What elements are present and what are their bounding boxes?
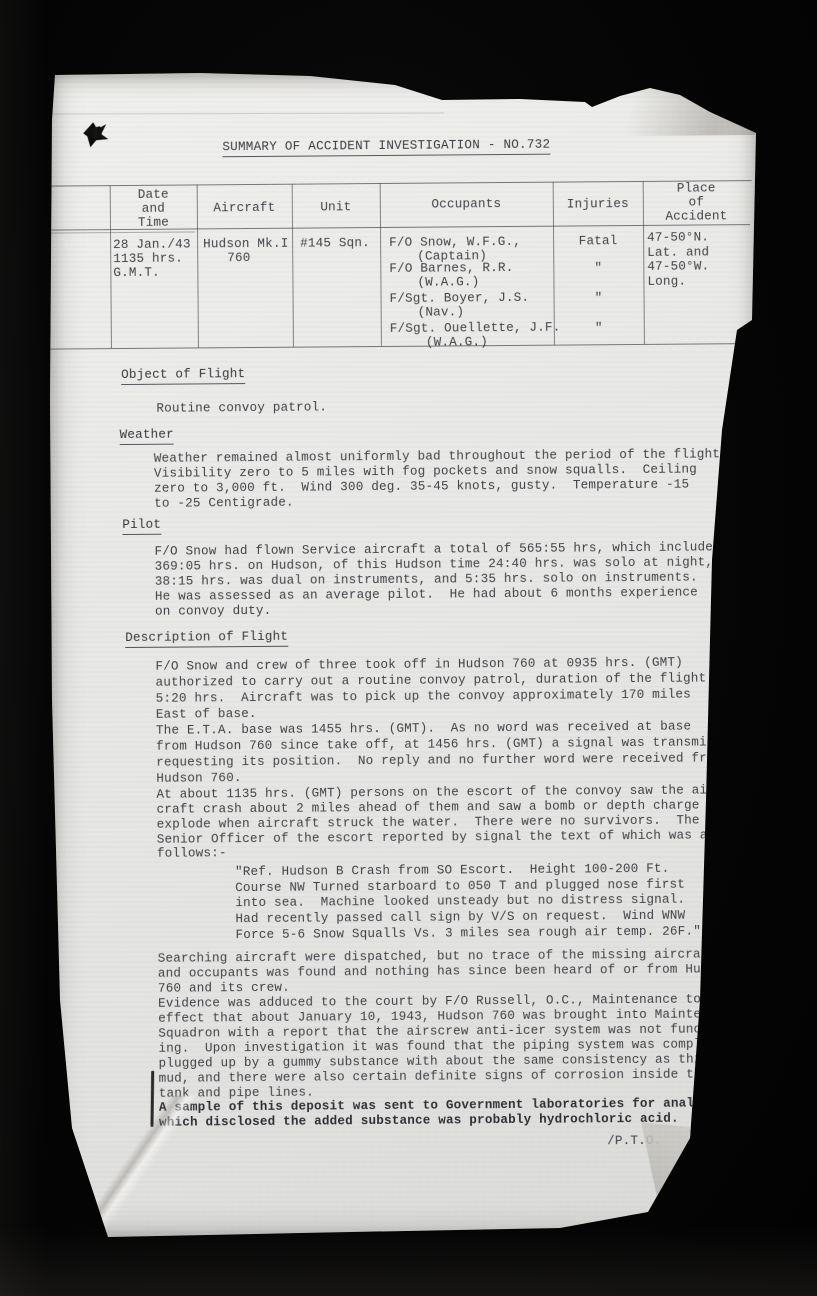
table-cell-occupant-role: (W.A.G.): [426, 335, 488, 350]
table-header-injuries: Injuries: [553, 197, 643, 213]
quote-line: Force 5-6 Snow Squalls Vs. 3 miles sea r…: [236, 924, 702, 943]
text-line: and occupants was found and nothing has …: [158, 962, 732, 982]
text-line: requesting its position. No reply and no…: [156, 751, 722, 770]
table-cell-date: G.M.T.: [113, 266, 160, 281]
table-cell-place: Long.: [647, 275, 686, 290]
table-cell-aircraft: 760: [227, 251, 250, 266]
text-line: mud, and there were also certain definit…: [159, 1067, 710, 1086]
page-content: SUMMARY OF ACCIDENT INVESTIGATION - NO.7…: [44, 63, 768, 1244]
text-line: 760 and its crew.: [158, 981, 290, 997]
text-line: Hudson 760.: [156, 771, 241, 787]
table-cell-injuries-ditto: ": [553, 261, 643, 277]
table-cell-date: 1135 hrs.: [113, 252, 183, 268]
paper-crease: [44, 113, 444, 115]
table-header-place: Accident: [643, 209, 750, 225]
table-header-date: Time: [110, 215, 197, 231]
ink-blot: [76, 114, 118, 154]
table-cell-injuries-ditto: ": [554, 321, 644, 337]
section-heading-object-of-flight: Object of Flight: [121, 367, 245, 385]
section-heading-pilot: Pilot: [122, 518, 161, 535]
text-line: which disclosed the added substance was …: [159, 1111, 718, 1130]
scan-background: SUMMARY OF ACCIDENT INVESTIGATION - NO.7…: [0, 0, 817, 1296]
paper-fold-bottom-left: [66, 1095, 197, 1241]
text-line: 5:20 hrs. Aircraft was to pick up the co…: [156, 688, 691, 707]
text-line: on convoy duty.: [155, 604, 271, 620]
table-cell-occupant-role: (Nav.): [418, 305, 465, 320]
table-cell-place: 47-50°W.: [647, 259, 709, 274]
table-cell-place: 47-50°N.: [647, 230, 709, 245]
page-title: SUMMARY OF ACCIDENT INVESTIGATION - NO.7…: [222, 138, 550, 158]
table-cell-occupant-role: (W.A.G.): [417, 275, 479, 290]
table-header-occupants: Occupants: [380, 197, 553, 213]
document-page: SUMMARY OF ACCIDENT INVESTIGATION - NO.7…: [45, 68, 760, 1243]
text-line: Senior Officer of the escort reported by…: [157, 828, 716, 847]
table-cell-injuries-ditto: ": [554, 291, 644, 307]
table-header-aircraft: Aircraft: [197, 201, 292, 217]
text-line: zero to 3,000 ft. Wind 300 deg. 35-45 kn…: [154, 478, 689, 497]
text-line: East of base.: [156, 707, 257, 723]
table-rule-horizontal: [45, 231, 195, 234]
section-heading-description-of-flight: Description of Flight: [125, 630, 288, 648]
table-cell-unit: #145 Sqn.: [300, 236, 370, 252]
table-cell-aircraft: Hudson Mk.I: [203, 237, 288, 253]
table-cell-injuries: Fatal: [553, 234, 643, 250]
table-rule-horizontal: [46, 343, 747, 350]
text-line: follows:-: [157, 846, 227, 862]
text-line: Routine convoy patrol.: [156, 400, 327, 416]
text-line: He was assessed as an average pilot. He …: [155, 586, 698, 605]
corner-shadow: [592, 83, 755, 136]
text-line: to -25 Centigrade.: [154, 496, 294, 512]
section-heading-weather: Weather: [120, 428, 174, 445]
table-header-unit: Unit: [292, 200, 380, 216]
